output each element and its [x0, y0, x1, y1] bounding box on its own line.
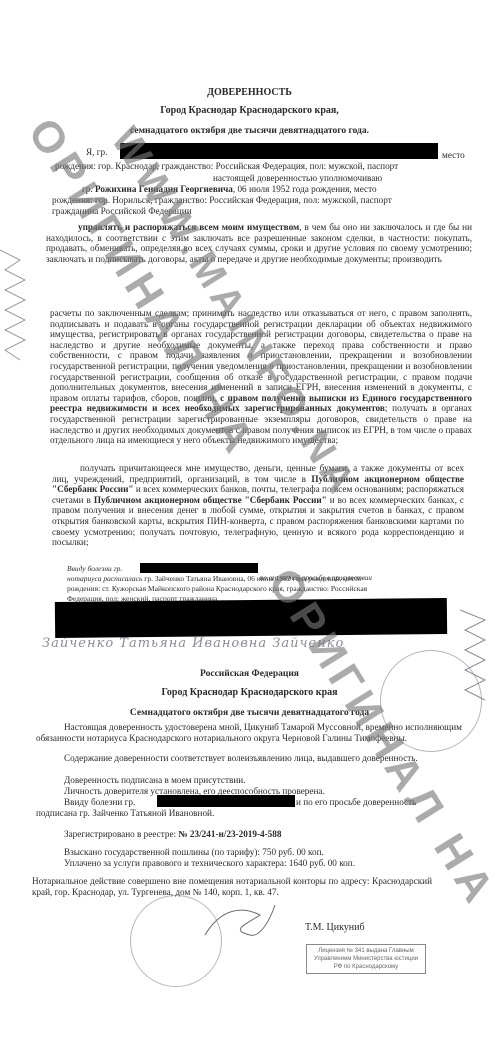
illness-italic: нотариуса расписалась [67, 574, 142, 583]
redaction-passport [55, 598, 447, 638]
illness-line2: нотариуса расписалась гр. Зайченко Татья… [67, 574, 361, 585]
registry-line: Зарегистрировано в реестре: № 23/241-н/2… [64, 829, 281, 840]
fee-state: Взыскано государственной пошлины (по тар… [64, 847, 324, 858]
document-page: ДОВЕРЕННОСТЬ Город Краснодар Краснодарск… [0, 0, 499, 1047]
license-stamp: Лицензия № 341 выдана Главным Управление… [306, 944, 426, 974]
illness-rest: гр. Зайченко Татьяна Ивановна, 06 июня 1… [142, 574, 361, 583]
registry-number: № 23/241-н/23-2019-4-588 [178, 829, 281, 839]
redaction-illness [140, 563, 258, 573]
redaction-cert [157, 795, 295, 807]
principal-line1-end: место [442, 150, 465, 161]
notary-name: Т.М. Цикуниб [305, 923, 365, 934]
document-title: ДОВЕРЕННОСТЬ [0, 88, 499, 99]
seal-left-edge-icon [0, 240, 60, 370]
authorize-line: настоящей доверенностью уполномочиваю [213, 173, 382, 184]
redaction-principal [120, 143, 438, 159]
bank-paragraph: получать причитающееся мне имущество, де… [52, 463, 464, 548]
document-city: Город Краснодар Краснодарского края, [0, 106, 499, 117]
bank-bold2: Публичном акционерном обществе "Сбербанк… [94, 495, 327, 505]
cert-p5-line2: подписана гр. Зайченко Татьяной Ивановно… [36, 808, 214, 819]
cert-p3: Доверенность подписана в моем присутстви… [64, 775, 245, 786]
seal-right-edge-icon [455, 600, 495, 710]
cert-p5-start: Ввиду болезни гр. [64, 797, 135, 808]
location-paragraph: Нотариальное действие совершено вне поме… [32, 876, 432, 897]
signature-scribble-icon [200, 900, 280, 950]
illness-line1: Ввиду болезни гр. [67, 564, 122, 575]
agent-birth: , 06 июля 1952 года рождения, место [233, 184, 377, 194]
registry-label: Зарегистрировано в реестре: [64, 829, 178, 839]
fee-services: Уплачено за услуги правового и техническ… [64, 858, 355, 869]
illness-line3: рождения: ст. Кужорская Майкопского райо… [67, 584, 367, 595]
